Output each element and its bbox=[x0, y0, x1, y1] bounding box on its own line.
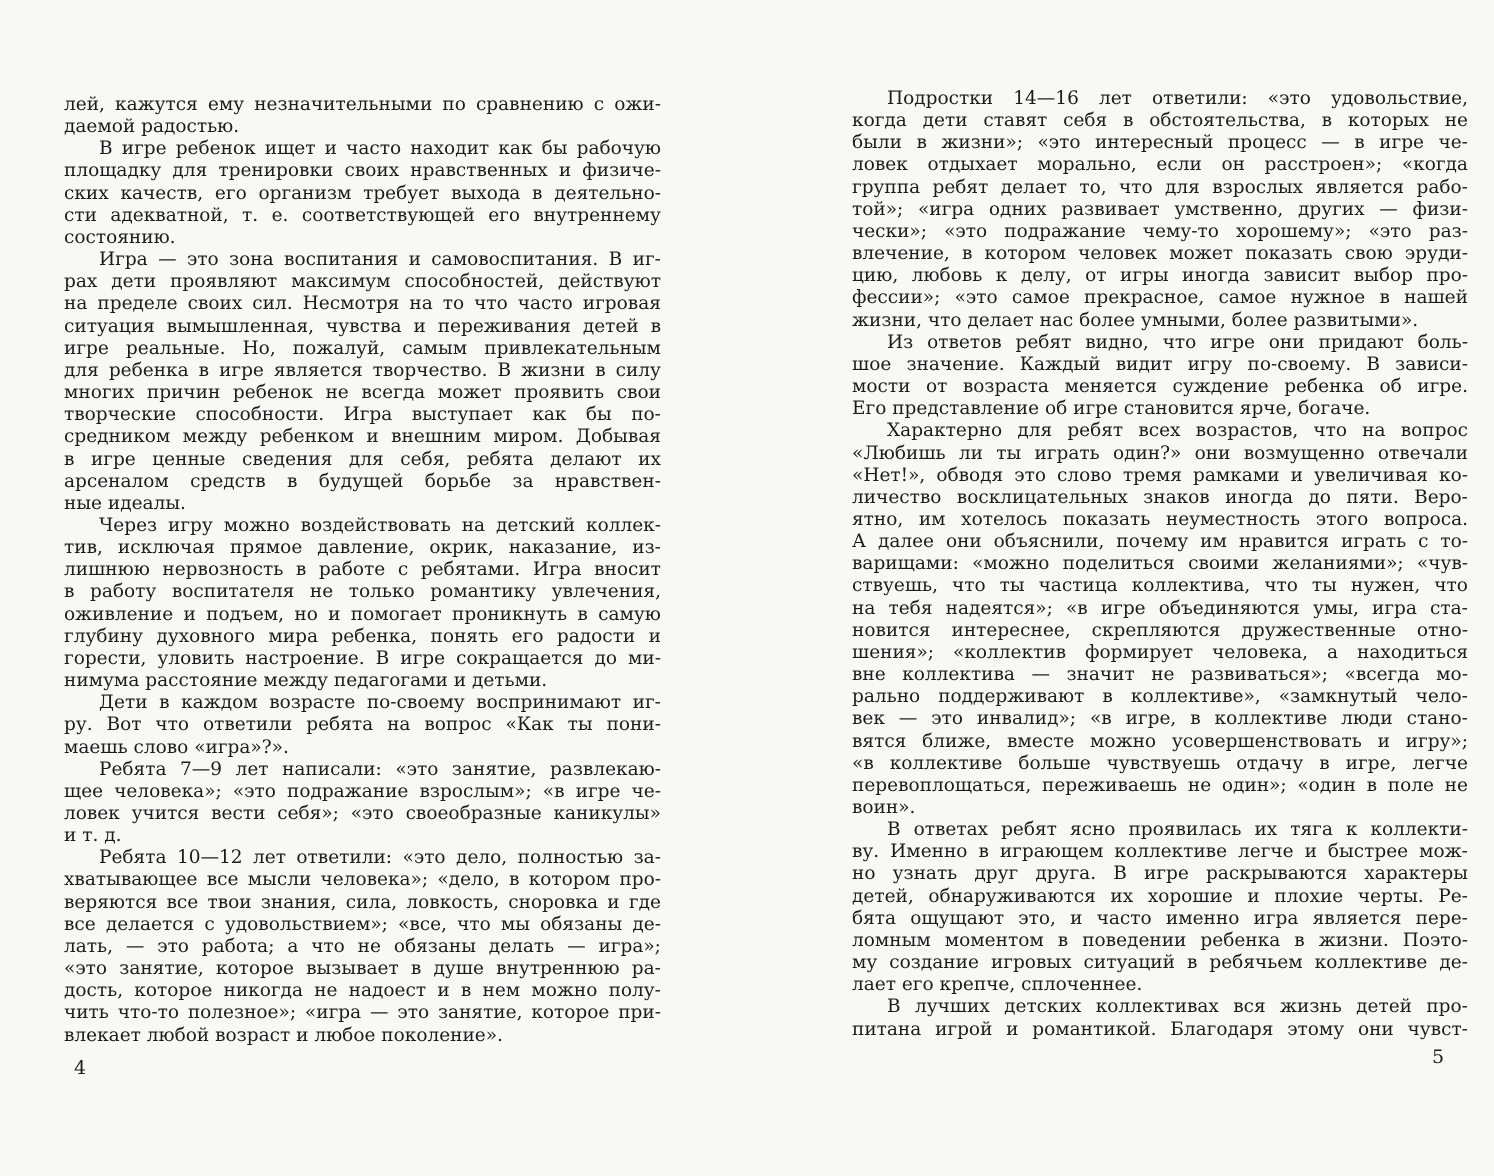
text-line: Характернодляребятвсехвозрастов,чтонавоп… bbox=[852, 420, 1468, 442]
text-line: «этозанятие,котороевызываетвдушевнутренн… bbox=[64, 958, 661, 980]
text-line: группаребятделаетто,чтодлявзрослыхявляет… bbox=[852, 177, 1468, 199]
text-line: ловекотдыхаетморально,еслионрасстроен»;«… bbox=[852, 154, 1468, 176]
text-line: натебянадеятся»;«вигреобъединяютсяумы,иг… bbox=[852, 598, 1468, 620]
text-line: вседелаетсясудовольствием»;«все,чтомыобя… bbox=[64, 914, 661, 936]
text-line: ситуациявымышленная,чувстваипереживанияд… bbox=[64, 316, 661, 338]
text-line: ральноподдерживаютвколлективе»,«замкнуты… bbox=[852, 686, 1468, 708]
text-line: маешь слово «игра»?». bbox=[64, 737, 661, 759]
text-line: вработувоспитателянетолькоромантикуувлеч… bbox=[64, 581, 661, 603]
text-line: щеечеловека»;«этоподражаниевзрослым»;«ви… bbox=[64, 781, 661, 803]
text-line: ру.Вотчтоответилиребятанавопрос«Кактыпон… bbox=[64, 714, 661, 736]
text-line: питанаигройиромантикой.Благодаряэтомуони… bbox=[852, 1019, 1468, 1041]
text-line: лей,кажутсяемунезначительнымипосравнению… bbox=[64, 94, 661, 116]
text-line: Черезигруможновоздействоватьнадетскийкол… bbox=[64, 515, 661, 537]
text-line: перевоплощаться,переживаешьнеодин»;«один… bbox=[852, 775, 1468, 797]
text-line: многихпричинребенокневсегдаможетпроявить… bbox=[64, 382, 661, 404]
text-line: оживлениеиподъем,ноипомогаетпроникнутьвс… bbox=[64, 604, 661, 626]
text-line: хватывающеевсемысличеловека»;«дело,вкото… bbox=[64, 869, 661, 891]
text-line: цию,любовькделу,отигрыиногдазависитвыбор… bbox=[852, 265, 1468, 287]
text-line: той»;«играоднихразвиваетумственно,других… bbox=[852, 199, 1468, 221]
text-line: площадкудлятренировкисвоихнравственныхиф… bbox=[64, 160, 661, 182]
text-line: «Любишьлитыигратьодин?»онивозмущенноотве… bbox=[852, 443, 1468, 465]
text-line: дляребенкавигреявляетсятворчество.Вжизни… bbox=[64, 360, 661, 382]
text-line: лишнююнервозностьвработесребятами.Игравн… bbox=[64, 559, 661, 581]
text-line: вятсяближе,вместеможноусовершенствоватьи… bbox=[852, 731, 1468, 753]
text-line: шоезначение.Каждыйвидитигрупо-своему.Вза… bbox=[852, 354, 1468, 376]
text-line: стиадекватной,т.е.соответствующейеговнут… bbox=[64, 205, 661, 227]
text-line: и т. д. bbox=[64, 825, 661, 847]
text-line: ломныммоментомвповеденииребенкавжизни.По… bbox=[852, 930, 1468, 952]
text-line: шения»;«коллективформируетчеловека,анахо… bbox=[852, 642, 1468, 664]
text-line: напределесвоихсил.Несмотрянаточточастоиг… bbox=[64, 293, 661, 315]
text-line: Влучшихдетскихколлективахвсяжизньдетейпр… bbox=[852, 996, 1468, 1018]
text-line: воин». bbox=[852, 797, 1468, 819]
text-line: нимума расстояние между педагогами и дет… bbox=[64, 670, 661, 692]
text-line: детей,обнаруживаютсяиххорошиеиплохиечерт… bbox=[852, 886, 1468, 908]
text-line: ные идеалы. bbox=[64, 493, 661, 515]
text-line: варищами:«можноподелитьсясвоимижеланиями… bbox=[852, 553, 1468, 575]
text-line: влекает любой возраст и любое поколение»… bbox=[64, 1025, 661, 1047]
text-line: арсеналомсредстввбудущейборьбезанравстве… bbox=[64, 471, 661, 493]
text-line: ствуешь,чтотычастицаколлектива,чтотынуже… bbox=[852, 575, 1468, 597]
text-line: бятаощущаютэто,ичастоименноиграявляетсяп… bbox=[852, 908, 1468, 930]
text-line: средникоммеждуребенкомивнешниммиром.Добы… bbox=[64, 426, 661, 448]
book-spread: лей,кажутсяемунезначительнымипосравнению… bbox=[0, 0, 1494, 1176]
text-line: рахдетипроявляютмаксимумспособностей,дей… bbox=[64, 271, 661, 293]
text-line: когдадетиставятсебявобстоятельства,вкото… bbox=[852, 110, 1468, 132]
text-line: Его представление об игре становится ярч… bbox=[852, 398, 1468, 420]
text-line: новитсяинтереснее,скрепляютсядружественн… bbox=[852, 620, 1468, 642]
text-line: состоянию. bbox=[64, 227, 661, 249]
text-line: горести,уловитьнастроение.Вигресокращает… bbox=[64, 648, 661, 670]
text-line: скихкачеств,егоорганизмтребуетвыходавдея… bbox=[64, 183, 661, 205]
text-line: жизни, что делает нас более умными, боле… bbox=[852, 310, 1468, 332]
text-line: век—этоинвалид»;«вигре,вколлективелюдист… bbox=[852, 708, 1468, 730]
text-line: лает его крепче, сплоченнее. bbox=[852, 974, 1468, 996]
text-line: Ребята10—12летответили:«этодело,полность… bbox=[64, 847, 661, 869]
text-line: Вигреребенокищетичастонаходиткакбырабочу… bbox=[64, 138, 661, 160]
page-right-text: Подростки14—16летответили:«этоудовольств… bbox=[852, 88, 1468, 1041]
page-left-text: лей,кажутсяемунезначительнымипосравнению… bbox=[64, 94, 661, 1047]
text-line: Детивкаждомвозрастепо-своемувоспринимают… bbox=[64, 692, 661, 714]
text-line: быливжизни»;«этоинтересныйпроцесс—вигреч… bbox=[852, 132, 1468, 154]
text-line: Подростки14—16летответили:«этоудовольств… bbox=[852, 88, 1468, 110]
text-line: Изответовребятвидно,чтоигреонипридаютбол… bbox=[852, 332, 1468, 354]
text-line: лать,—эторабота;ачтонеобязаныделать—игра… bbox=[64, 936, 661, 958]
text-line: ятно,имхотелосьпоказатьнеуместностьэтого… bbox=[852, 509, 1468, 531]
text-line: фессии»;«этосамоепрекрасное,самоенужноев… bbox=[852, 287, 1468, 309]
text-line: ловекучитсявестисебя»;«этосвоеобразныека… bbox=[64, 803, 661, 825]
text-line: Вответахребятяснопроявиласьихтягакколлек… bbox=[852, 819, 1468, 841]
text-line: ноузнатьдругдруга.Вигрераскрываютсяхарак… bbox=[852, 863, 1468, 885]
text-line: даемой радостью. bbox=[64, 116, 661, 138]
text-line: дость,котороеникогданенадоестивнемможноп… bbox=[64, 980, 661, 1002]
text-line: мостиотвозрастаменяетсясуждениеребенкаоб… bbox=[852, 376, 1468, 398]
text-line: ву.Именновиграющемколлективелегчеибыстре… bbox=[852, 841, 1468, 863]
text-line: мусозданиеигровыхситуацийвребячьемколлек… bbox=[852, 952, 1468, 974]
text-line: личествовосклицательныхзнаковиногдадопят… bbox=[852, 487, 1468, 509]
text-line: игререальные.Но,пожалуй,самымпривлекател… bbox=[64, 338, 661, 360]
page-number-left: 4 bbox=[74, 1057, 86, 1079]
text-line: веряютсявсетвоизнания,сила,ловкость,снор… bbox=[64, 892, 661, 914]
text-line: творческиеспособности.Игравыступаеткакбы… bbox=[64, 404, 661, 426]
text-line: тив,исключаяпрямоедавление,окрик,наказан… bbox=[64, 537, 661, 559]
text-line: Ребята7—9летнаписали:«этозанятие,развлек… bbox=[64, 759, 661, 781]
text-line: Игра—этозонавоспитанияисамовоспитания.Ви… bbox=[64, 249, 661, 271]
text-line: вигреценныесведениядлясебя,ребятаделаюти… bbox=[64, 449, 661, 471]
text-line: «вколлективебольшечувствуешьотдачувигре,… bbox=[852, 753, 1468, 775]
text-line: читьчто-тополезное»;«игра—этозанятие,кот… bbox=[64, 1002, 661, 1024]
text-line: Адалееониобъяснили,почемуимнравитсяиграт… bbox=[852, 531, 1468, 553]
text-line: глубинудуховногомираребенка,понятьегорад… bbox=[64, 626, 661, 648]
text-line: влечение,вкоторомчеловекможетпоказатьсво… bbox=[852, 243, 1468, 265]
page-number-right: 5 bbox=[1432, 1046, 1444, 1068]
text-line: чески»;«этоподражаниечему-тохорошему»;«э… bbox=[852, 221, 1468, 243]
text-line: внеколлектива—значитнеразвиваться»;«всег… bbox=[852, 664, 1468, 686]
text-line: «Нет!»,обводяэтословотремярамкамииувелич… bbox=[852, 465, 1468, 487]
